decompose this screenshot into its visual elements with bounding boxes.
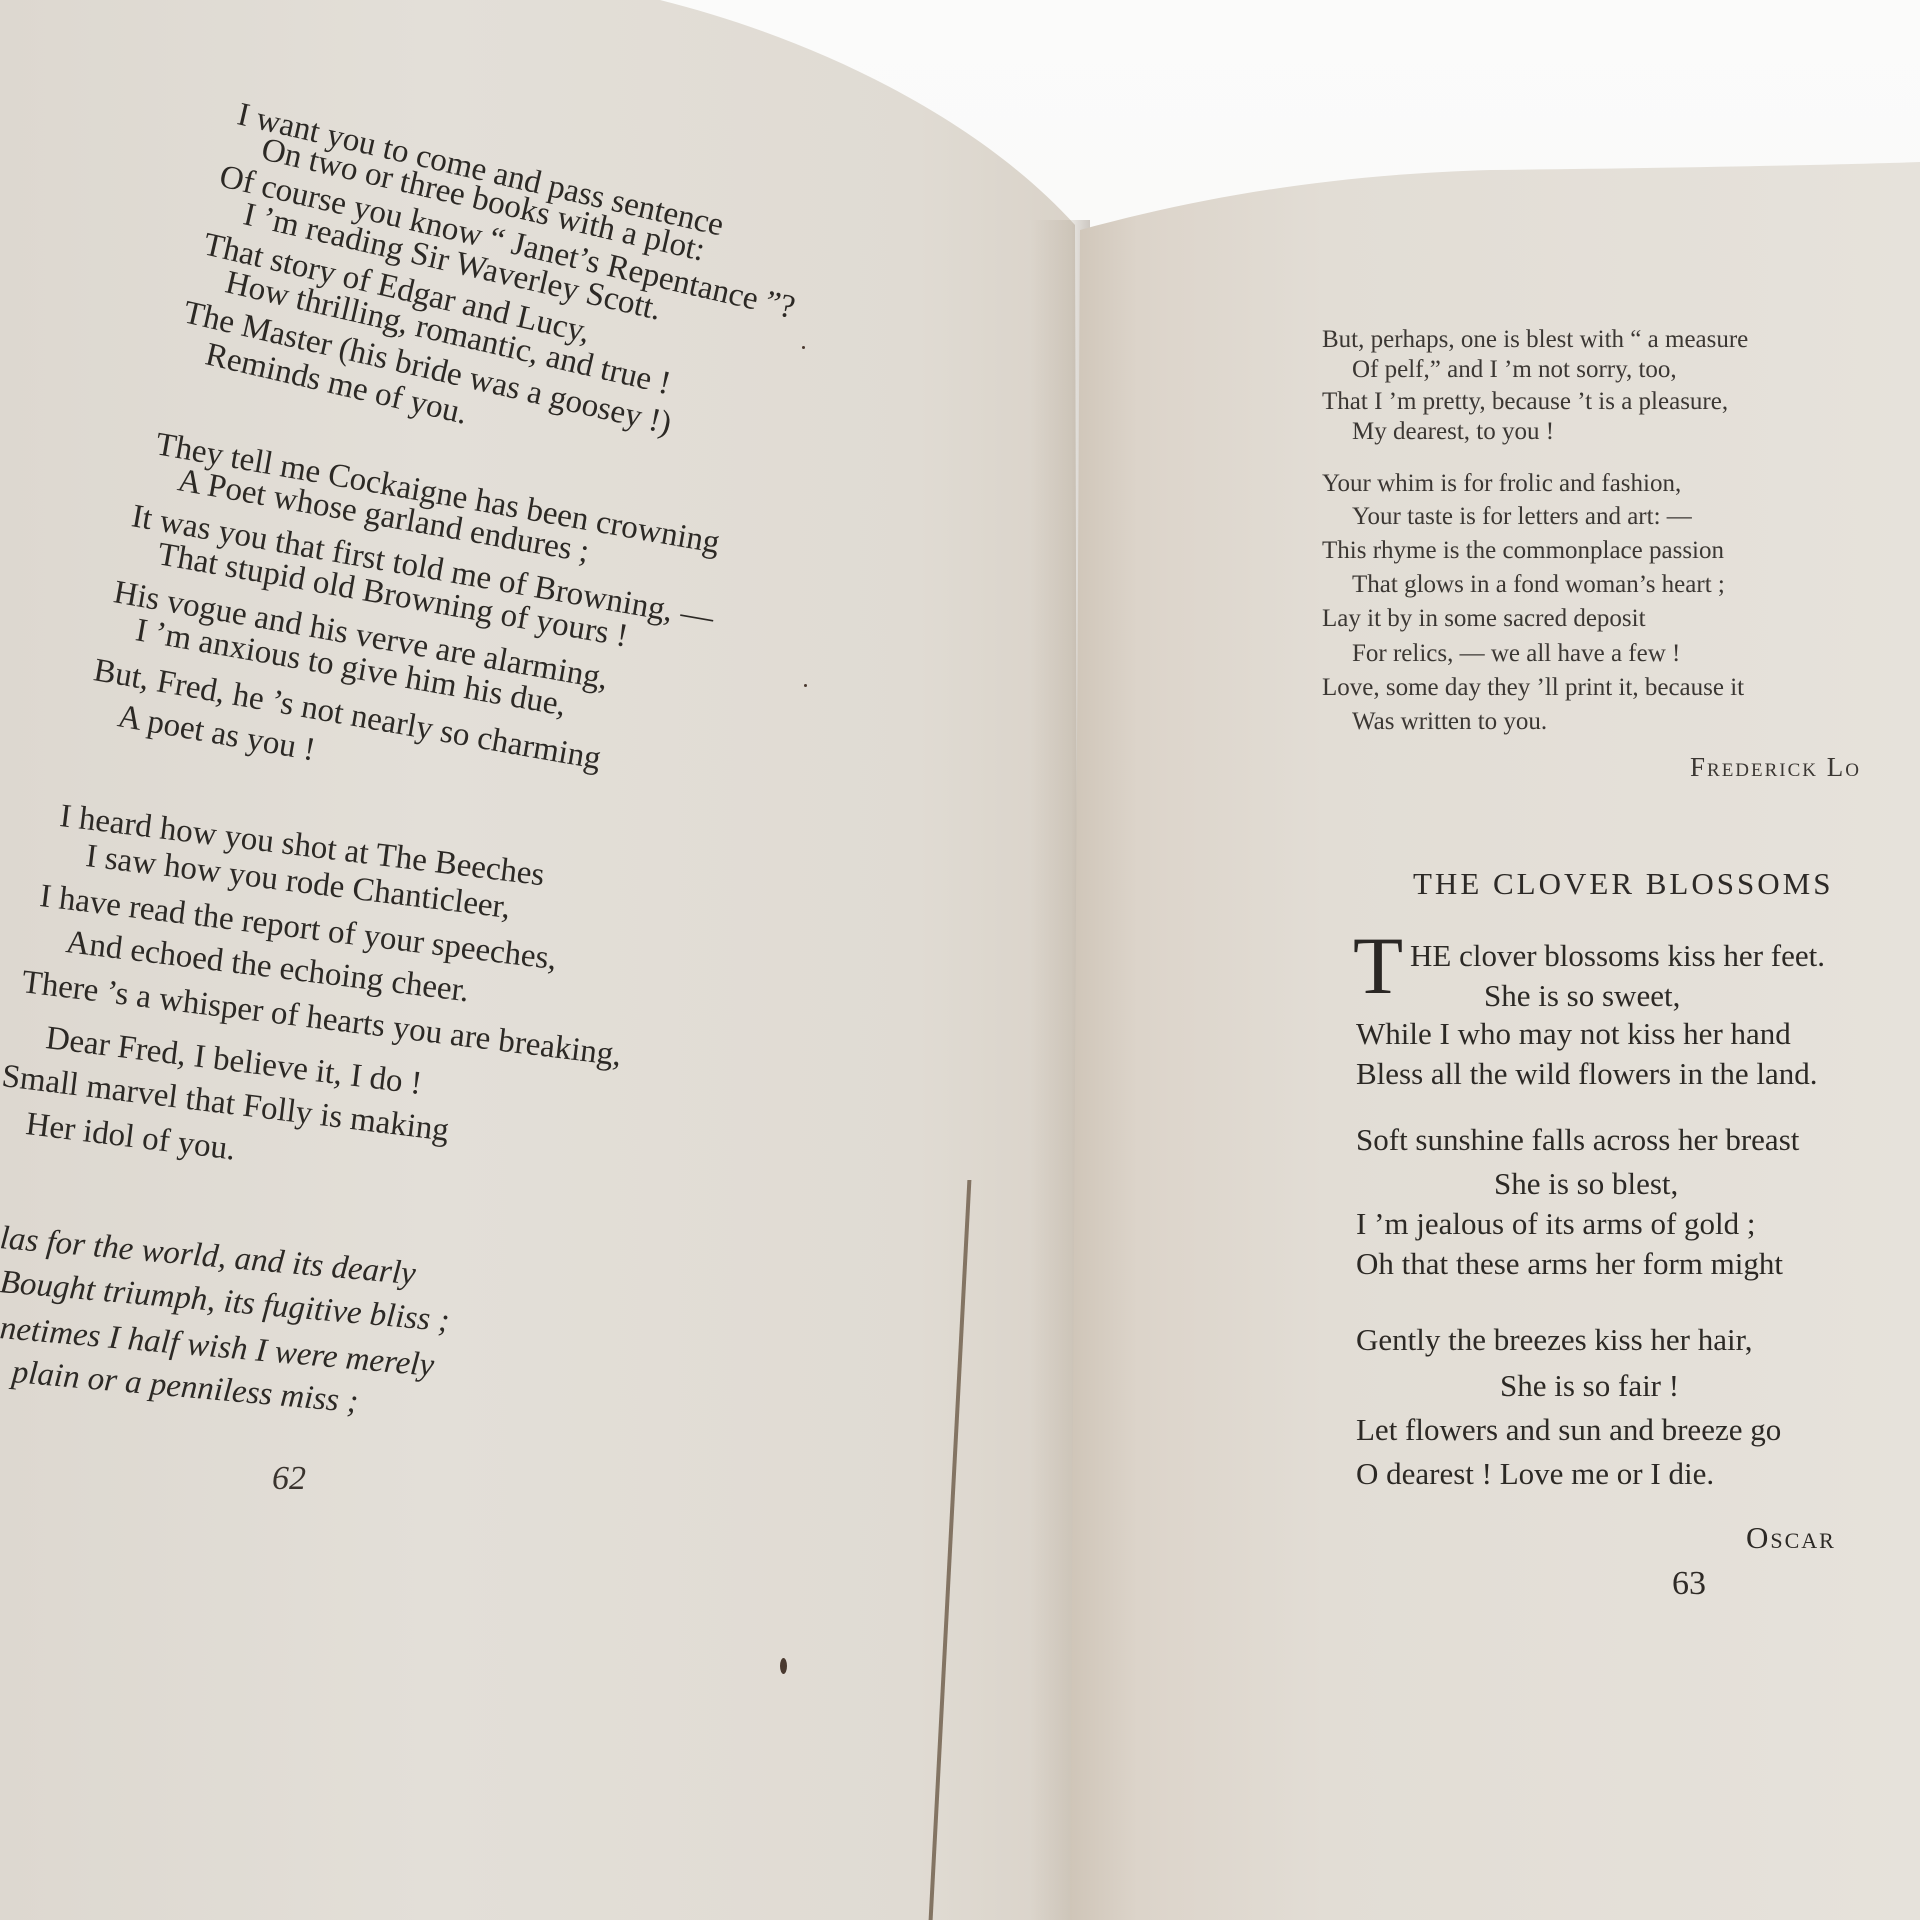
- poem-title: THE CLOVER BLOSSOMS: [1413, 866, 1833, 902]
- paper-speck: [780, 1658, 787, 1674]
- poem-line: Bless all the wild flowers in the land.: [1356, 1056, 1817, 1092]
- poem-line: Gently the breezes kiss her hair,: [1356, 1322, 1752, 1358]
- poem-line: Love, some day they ’ll print it, becaus…: [1322, 674, 1744, 702]
- poem-line: My dearest, to you !: [1352, 418, 1554, 446]
- poem-line: But, perhaps, one is blest with “ a meas…: [1322, 326, 1748, 354]
- poem-line: Oh that these arms her form might: [1356, 1246, 1783, 1282]
- poem-line: Of pelf,” and I ’m not sorry, too,: [1352, 356, 1677, 384]
- poem-line: She is so fair !: [1500, 1368, 1679, 1404]
- poem-line: Lay it by in some sacred deposit: [1322, 605, 1646, 633]
- author-signature: Frederick Lo: [1690, 752, 1861, 783]
- poem-line: That glows in a fond woman’s heart ;: [1352, 571, 1725, 599]
- paper-speck: [804, 684, 807, 687]
- poem-line: She is so blest,: [1494, 1166, 1678, 1202]
- author-signature: Oscar: [1746, 1520, 1836, 1556]
- poem-line: I ’m jealous of its arms of gold ;: [1356, 1206, 1756, 1242]
- paper-speck: [802, 346, 805, 349]
- page-number-left: 62: [272, 1460, 306, 1498]
- poem-line: She is so sweet,: [1484, 978, 1680, 1014]
- poem-line: That I ’m pretty, because ’t is a pleasu…: [1322, 388, 1728, 416]
- poem-line: For relics, — we all have a few !: [1352, 640, 1680, 668]
- poem-line: This rhyme is the commonplace passion: [1322, 537, 1724, 565]
- poem-line: Soft sunshine falls across her breast: [1356, 1122, 1799, 1158]
- poem-line: While I who may not kiss her hand: [1356, 1016, 1791, 1052]
- poem-line: Your whim is for frolic and fashion,: [1322, 470, 1681, 498]
- page-number-right: 63: [1672, 1565, 1706, 1603]
- poem-line: Let flowers and sun and breeze go: [1356, 1412, 1781, 1448]
- drop-cap: T: [1353, 925, 1403, 1007]
- poem-line: HE clover blossoms kiss her feet.: [1410, 938, 1825, 974]
- poem-line: O dearest ! Love me or I die.: [1356, 1456, 1714, 1492]
- poem-line: Was written to you.: [1352, 708, 1547, 736]
- poem-line: Your taste is for letters and art: —: [1352, 503, 1692, 531]
